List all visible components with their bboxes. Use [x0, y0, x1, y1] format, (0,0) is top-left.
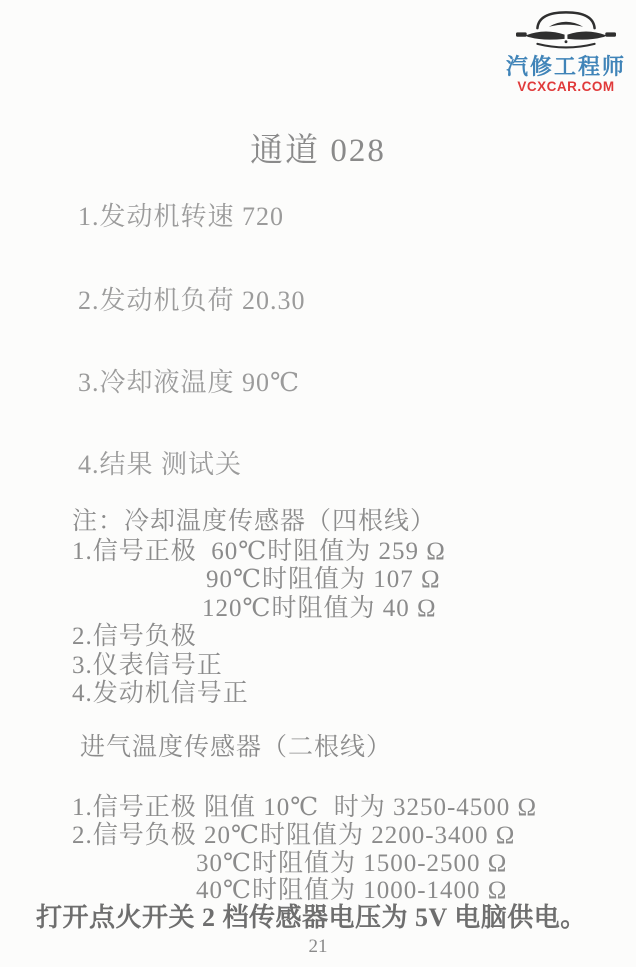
- brand-logo: 汽修工程师 VCXCAR.COM: [496, 8, 636, 95]
- channel-item-engine-load: 2.发动机负荷 20.30: [78, 280, 306, 317]
- document-page: 汽修工程师 VCXCAR.COM 通道 028 1.发动机转速 720 2.发动…: [0, 0, 636, 967]
- brand-site-url: VCXCAR.COM: [496, 79, 636, 95]
- page-number: 21: [0, 936, 636, 958]
- page-title: 通道 028: [0, 124, 636, 171]
- coolant-note-resistance-120c: 120℃时阻值为 40 Ω: [202, 588, 437, 624]
- channel-item-coolant-temp: 3.冷却液温度 90℃: [78, 362, 300, 399]
- car-silhouette-icon: [516, 8, 616, 54]
- channel-item-engine-speed: 1.发动机转速 720: [78, 196, 284, 233]
- intake-section-header: 进气温度传感器（二根线）: [80, 727, 392, 763]
- brand-name: 汽修工程师: [496, 55, 636, 79]
- channel-item-result: 4.结果 测试关: [78, 444, 242, 481]
- footer-note: 打开点火开关 2 档传感器电压为 5V 电脑供电。: [36, 897, 587, 934]
- coolant-note-engine-signal: 4.发动机信号正: [72, 673, 249, 709]
